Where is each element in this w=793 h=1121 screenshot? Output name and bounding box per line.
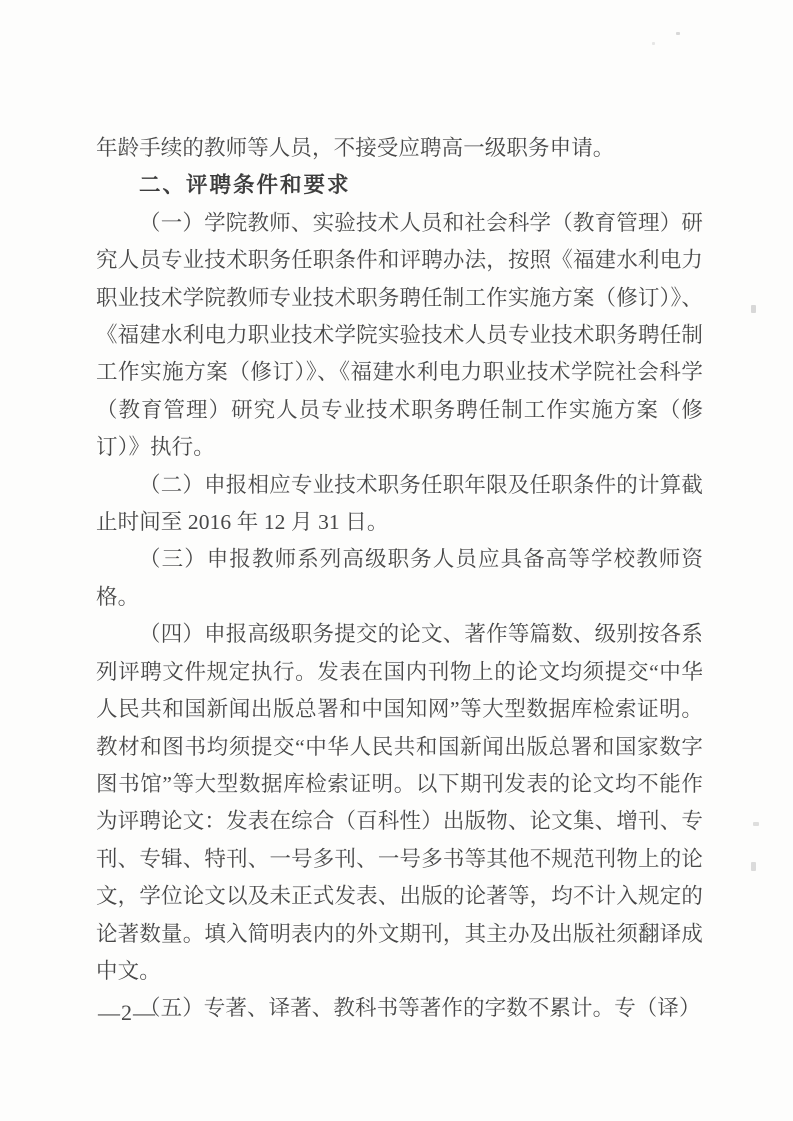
- paragraph: （一）学院教师、实验技术人员和社会科学（教育管理）研究人员专业技术职务任职条件和…: [96, 205, 703, 467]
- scan-speck: [753, 822, 759, 826]
- paragraph: （三）申报教师系列高级职务人员应具备高等学校教师资格。: [96, 541, 703, 616]
- paragraph: 年龄手续的教师等人员，不接受应聘高一级职务申请。: [96, 130, 703, 167]
- paragraph: （五）专著、译著、教科书等著作的字数不累计。专（译）: [96, 990, 703, 1027]
- page-number: —2—: [98, 1000, 156, 1026]
- document-page: 年龄手续的教师等人员，不接受应聘高一级职务申请。二、评聘条件和要求（一）学院教师…: [0, 0, 793, 1121]
- scan-speck: [652, 42, 655, 45]
- document-body: 年龄手续的教师等人员，不接受应聘高一级职务申请。二、评聘条件和要求（一）学院教师…: [96, 130, 703, 1028]
- scan-speck: [751, 862, 756, 871]
- paragraph: （二）申报相应专业技术职务任职年限及任职条件的计算截止时间至 2016 年 12…: [96, 467, 703, 542]
- paragraph: （四）申报高级职务提交的论文、著作等篇数、级别按各系列评聘文件规定执行。发表在国…: [96, 616, 703, 990]
- scan-speck: [676, 32, 680, 35]
- scan-speck: [751, 305, 756, 313]
- section-heading: 二、评聘条件和要求: [96, 167, 703, 204]
